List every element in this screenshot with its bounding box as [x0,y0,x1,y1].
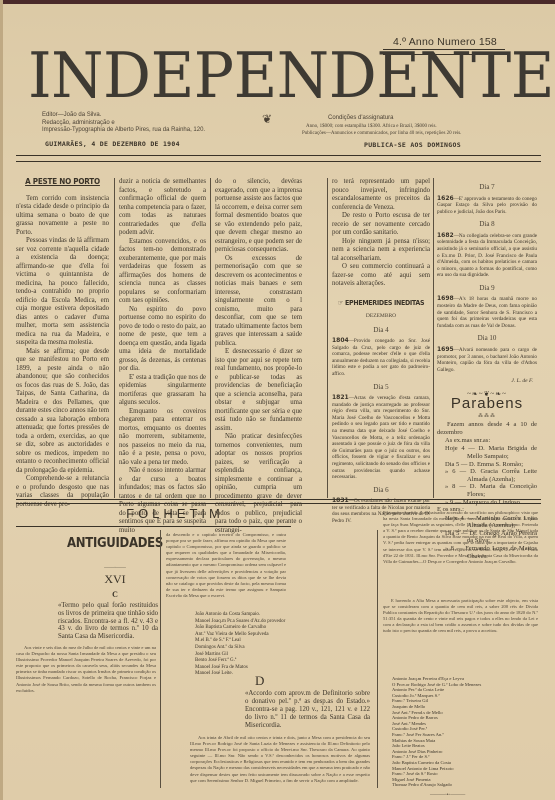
ephemeris-day: Dia 4 [332,326,430,335]
dateline: GUIMARÃES, 4 DE DEZEMBRO DE 1904 [45,140,180,148]
ornament-divider: ———◦•◦——— [430,793,465,798]
parabens-group1: Hoje 4 — D. Maria Brigida de Mello Sampa… [437,445,537,506]
column-divider [433,178,434,498]
redaccao-line: Redacção, administração e [42,120,242,128]
signatory: Manoel José Fra de Matos [195,665,290,672]
column-divider [377,530,378,788]
signatory: Domingos Ant.º da Silva [195,645,290,652]
paragraph: Pessoas vindas de lá affirmam ser voz co… [16,237,109,348]
ephemerides-title-text: EPHEMERIDES INEDITAS [345,299,424,307]
birthday-entry: Hoje 4 — D. Maria Brigida de Mello Sampa… [437,445,537,460]
signatories-list-2: Antonio Joaq.m Ferreira d'Eça e LeyvaO P… [392,676,542,788]
paragraph: Estamos convencidos, e os factos tem-no … [119,238,206,306]
column-divider [210,178,211,498]
ephemeris-day: Dia 5 [332,383,430,392]
termo-body: Aos vinte e seis dias do mez de Julho de… [16,645,156,694]
column-divider [160,530,161,788]
ephemeris-day: Dia 9 [437,284,537,293]
ephemeris-day: Dia 10 [437,334,537,343]
paragraph: E' esta a tradição que nos de epidemias … [119,374,206,408]
paragraph: ro terá representado um papel pouco inve… [332,178,430,212]
hand-icon: ☞ [338,299,345,307]
right-body: Portuguese barrido, 4 embaixador accessã… [383,510,538,565]
folhetim-label: FOLHETIM [60,506,290,521]
paragraph: O seu commercio continuará a fazer-se co… [332,263,430,289]
middle-text: da descendo e o capitulo treceiro do Com… [166,532,286,599]
signatories-list-1: João Antonio da Costa Sampaio.Manoel Joa… [195,612,290,678]
ephemeris-day: Dia 7 [437,183,537,192]
paragraph: do o silencio, devéras exagerado, com qu… [215,178,302,255]
signatory: João Antonio da Costa Sampaio. [195,612,290,619]
column-2: duzir a noticia de semelhantes factos, e… [119,178,206,535]
birthday-entry: » 8 — D. Maria da Conceição Flores; [437,483,537,498]
ornament-divider: ——◦—— [70,566,160,571]
folhetim-section-d: D [255,673,264,689]
column-divider [327,178,328,498]
birthday-when: » 6 — [445,468,470,475]
birthday-entry: Dia 5 — D. Emma S. Romão; [437,461,537,469]
page-top-edge [0,0,555,4]
ephemeris-entry: 1804—Provido conegado ao Snr. José Salga… [332,338,430,378]
birthday-when: Dia 5 — [445,461,469,468]
column-3: do o silencio, devéras exagerado, com qu… [215,178,302,535]
paragraph: Emquanto os coveiros chegarem para enter… [119,408,206,468]
paragraph: No espirito do povo portuense como no es… [119,306,206,374]
ephemerides-month: DEZEMBRO [332,312,430,321]
paragraph: Hoje ninguem já pensa n'isso; nem a scie… [332,238,430,264]
header-rule [16,155,541,162]
page-left-edge [0,0,3,800]
column-4: ro terá representado um papel pouco inve… [332,178,430,525]
ephemeris-year: 1804 [332,337,349,344]
paragraph: Tem corrido com insistencia n'esta cidad… [16,195,109,238]
parabens-intro: Fazem annos desde 4 a 10 de dezembro [437,421,537,437]
masthead-title: INDEPENDENTE [28,44,494,108]
termo-heading: «Termo pelo qual forão restituidos os li… [58,602,158,641]
paragraph: Os excessos de permenorisação com que se… [215,255,302,349]
ephemeris-day: Dia 8 [437,220,537,229]
ephemerides-list-right: Dia 71626—E' approvado o testamento do c… [437,183,537,373]
ephemeris-year: 1626 [437,195,454,202]
ephemeris-year: 1682 [437,232,454,239]
paragraph: Mais se affirma; que desde que se manife… [16,348,109,476]
birthday-when: » 8 — [445,483,470,490]
birthday-name: D. Maria Brigida de Mello Sampaio; [467,445,537,460]
article-title: A PESTE NO PORTO [16,178,109,187]
column-1: A PESTE NO PORTO Tem corrido com insiste… [16,178,109,509]
birthday-name: D. Gracia Corrêa Leite Almada (Azenha); [467,468,537,483]
ornament-icon: ❦ [262,112,272,127]
impressao-line: Impressão-Typographia de Alberto Pires, … [42,127,242,135]
ephemeris-entry: 1698—A's 18 horas da manhã morre no most… [437,296,537,329]
imprint-left: Editor—João da Silva. Redacção, administ… [42,112,242,135]
ephemeris-entry: 1821—Actas de vereação d'esta camara, ma… [332,395,430,481]
ephemeris-year: 1821 [332,394,349,401]
newspaper-page: 4.º Anno Numero 158 INDEPENDENTE Editor—… [0,0,555,800]
conditions-title: Condições d'assignatura [328,115,394,121]
editor-line: Editor—João da Silva. [42,112,242,120]
signatory: Bento José Ferr.ª G.ª [195,658,290,665]
signatory: Thomaz Pedro d'Araujo Salgado [392,782,542,788]
conditions-line-2: Publicações—Annuncios e communicados, po… [302,131,461,136]
ephemerides-title: ☞ EPHEMERIDES INEDITAS [332,299,430,308]
ephemeris-entry: 1626—E' approvado o testamento do conego… [437,196,537,216]
birthday-entry: » 6 — D. Gracia Corrêa Leite Almada (Aze… [437,468,537,483]
acordo-heading: «Accordo com aprov.m de Definitorio sobr… [245,690,370,730]
birthday-name: D. Maria da Conceição Flores; [467,483,537,498]
birthday-name: D. Emma S. Romão; [469,461,523,468]
acordo-body: Aos trinta de Abril de mil oito centos e… [190,735,370,784]
paragraph: duzir a noticia de semelhantes factos, e… [119,178,206,238]
conditions-line-1: Anno, 1$000; com estampilha 1$300. Afric… [306,124,437,129]
column-divider [114,178,115,498]
signatory: M.el B.º de S.ª F.ª Leal [195,638,290,645]
ephemeris-year: 1695 [437,346,454,353]
signatory: Manoel Joaq.m Pr.a Soares d'Az.do proved… [195,619,290,626]
parabens-title: Parabens [437,400,537,409]
paragraph: De resto o Porto escusa de ter receio de… [332,212,430,238]
ephemeris-entry: 1695—Alvará nomeando para o cargo de pro… [437,347,537,373]
folhetim-rule [16,526,291,528]
ephemeris-day: Dia 6 [332,486,430,495]
signatory: João Baptista Carneiro de Carvalho [195,625,290,632]
publication-schedule: PUBLICA-SE AOS DOMINGOS [364,141,461,149]
ornament-divider: ⁂⁂⁂ [437,413,537,422]
ephemerides-signature: J. L. de F. [437,377,533,386]
section-rule [16,499,541,504]
parabens-group1-label: As ex.mas snr.as: [445,437,537,446]
right-body-2: E havendo a Alta Mesa a necessaria parti… [383,598,538,635]
paragraph: E desnecessario é dizer se isto que por … [215,348,302,433]
birthday-when: Hoje 4 — [445,445,478,452]
ephemeris-year: 1698 [437,295,454,302]
ephemerides-list-left: Dia 41804—Provido conegado ao Snr. José … [332,326,430,525]
signatory: Manoel José Leite. [195,671,290,678]
ephemeris-entry: 1682—Na collegiada celebra-se com grande… [437,233,537,279]
